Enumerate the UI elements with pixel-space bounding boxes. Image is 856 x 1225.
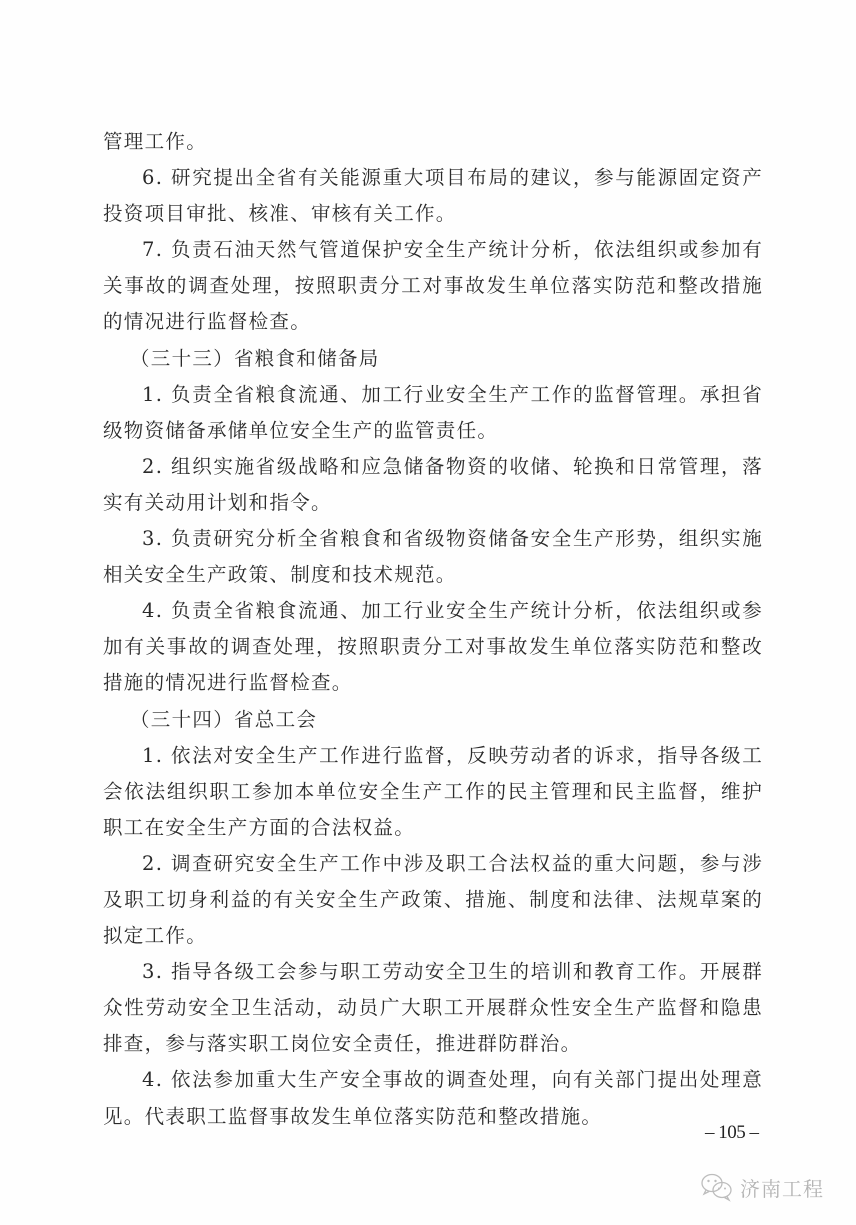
paragraph-item-1: 1. 负责全省粮食流通、加工行业安全生产工作的监督管理。承担省级物资储备承储单位… bbox=[103, 377, 763, 449]
watermark-text: 济南工程 bbox=[740, 1173, 824, 1202]
paragraph-item-4: 4. 依法参加重大生产安全事故的调查处理，向有关部门提出处理意见。代表职工监督事… bbox=[103, 1062, 763, 1134]
section-heading-33: （三十三）省粮食和储备局 bbox=[103, 341, 763, 377]
watermark: 济南工程 bbox=[700, 1172, 824, 1202]
section-heading-34: （三十四）省总工会 bbox=[103, 702, 763, 738]
paragraph-item-2: 2. 组织实施省级战略和应急储备物资的收储、轮换和日常管理，落实有关动用计划和指… bbox=[103, 449, 763, 521]
paragraph-item-1: 1. 依法对安全生产工作进行监督，反映劳动者的诉求，指导各级工会依法组织职工参加… bbox=[103, 738, 763, 846]
wechat-icon bbox=[700, 1172, 734, 1202]
page-number: – 105 – bbox=[705, 1122, 759, 1144]
paragraph-item-2: 2. 调查研究安全生产工作中涉及职工合法权益的重大问题，参与涉及职工切身利益的有… bbox=[103, 846, 763, 954]
paragraph-item-7: 7. 负责石油天然气管道保护安全生产统计分析，依法组织或参加有关事故的调查处理，… bbox=[103, 232, 763, 340]
paragraph-item-3: 3. 负责研究分析全省粮食和省级物资储备安全生产形势，组织实施相关安全生产政策、… bbox=[103, 521, 763, 593]
document-page: 管理工作。 6. 研究提出全省有关能源重大项目布局的建议，参与能源固定资产投资项… bbox=[0, 0, 856, 1225]
document-body: 管理工作。 6. 研究提出全省有关能源重大项目布局的建议，参与能源固定资产投资项… bbox=[103, 124, 763, 1135]
paragraph-item-6: 6. 研究提出全省有关能源重大项目布局的建议，参与能源固定资产投资项目审批、核准… bbox=[103, 160, 763, 232]
paragraph-continuation: 管理工作。 bbox=[103, 124, 763, 160]
paragraph-item-4: 4. 负责全省粮食流通、加工行业安全生产统计分析，依法组织或参加有关事故的调查处… bbox=[103, 593, 763, 701]
paragraph-item-3: 3. 指导各级工会参与职工劳动安全卫生的培训和教育工作。开展群众性劳动安全卫生活… bbox=[103, 954, 763, 1062]
